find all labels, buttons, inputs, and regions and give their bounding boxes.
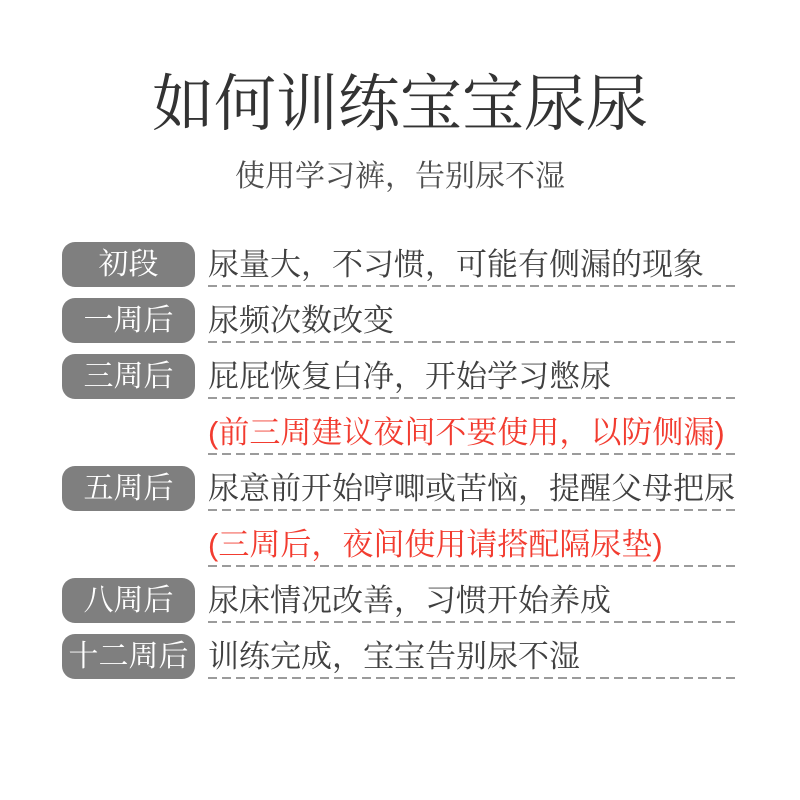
potty-training-poster: 如何训练宝宝尿尿 使用学习裤，告别尿不湿 初段 尿量大，不习惯，可能有侧漏的现象…	[0, 0, 800, 800]
stage-badge: 五周后	[62, 466, 195, 511]
stage-badge: 三周后	[62, 354, 195, 399]
stage-badge: 八周后	[62, 578, 195, 623]
stage-badge: 一周后	[62, 298, 195, 343]
timeline-row-week-12: 十二周后 训练完成，宝宝告别尿不湿	[62, 634, 738, 679]
stage-description: 尿量大，不习惯，可能有侧漏的现象	[208, 242, 738, 287]
timeline-row-week-3: 三周后 屁屁恢复白净，开始学习憋尿	[62, 354, 738, 399]
stage-badge: 初段	[62, 242, 195, 287]
badge-spacer	[62, 410, 195, 455]
timeline-row-week-8: 八周后 尿床情况改善，习惯开始养成	[62, 578, 738, 623]
timeline-row-week-5: 五周后 尿意前开始哼唧或苦恼，提醒父母把尿	[62, 466, 738, 511]
stage-badge: 十二周后	[62, 634, 195, 679]
page-subtitle: 使用学习裤，告别尿不湿	[0, 162, 800, 192]
stage-description: 训练完成，宝宝告别尿不湿	[208, 634, 738, 679]
timeline-row-initial-stage: 初段 尿量大，不习惯，可能有侧漏的现象	[62, 242, 738, 287]
warning-note-text: (三周后，夜间使用请搭配隔尿垫)	[208, 522, 738, 567]
warning-note-text: (前三周建议夜间不要使用，以防侧漏)	[208, 410, 738, 455]
timeline-warning-note-1: (前三周建议夜间不要使用，以防侧漏)	[62, 410, 738, 455]
training-timeline: 初段 尿量大，不习惯，可能有侧漏的现象 一周后 尿频次数改变 三周后 屁屁恢复白…	[62, 242, 738, 679]
stage-description: 屁屁恢复白净，开始学习憋尿	[208, 354, 738, 399]
stage-description: 尿频次数改变	[208, 298, 738, 343]
stage-description: 尿意前开始哼唧或苦恼，提醒父母把尿	[208, 466, 738, 511]
timeline-warning-note-2: (三周后，夜间使用请搭配隔尿垫)	[62, 522, 738, 567]
page-title: 如何训练宝宝尿尿	[0, 0, 800, 136]
badge-spacer	[62, 522, 195, 567]
timeline-row-week-1: 一周后 尿频次数改变	[62, 298, 738, 343]
stage-description: 尿床情况改善，习惯开始养成	[208, 578, 738, 623]
